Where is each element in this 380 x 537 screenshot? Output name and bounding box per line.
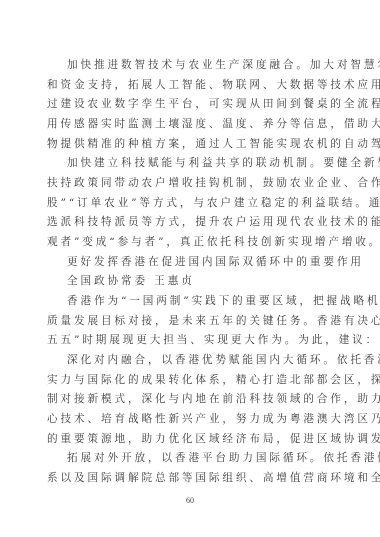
paragraph-line: 香港作为“一国两制”实践下的重要区域，把握战略机遇期，与国家高 bbox=[67, 294, 357, 308]
author-line: 全国政协常委 王惠贞 bbox=[67, 274, 357, 288]
paragraph-line: 股”“订单农业”等方式，与农户建立稳定的利益联结。通过开展技术培训、 bbox=[47, 196, 337, 210]
paragraph-line: 过建设农业数字孪生平台，可实现从田间到餐桌的全流程数字化管理；利 bbox=[47, 97, 337, 111]
paragraph-line: 质量发展目标对接，是未来五年的关键任务。香港有决心、有能力在“十 bbox=[47, 314, 337, 328]
paragraph-line: 制对接新模式，深化与内地在前沿科技领域的合作，助力国家突破关键核 bbox=[47, 392, 337, 406]
paragraph-line: 物提供精准的种植方案，通过人工智能实现农机的自动驾驶和智能灌溉。 bbox=[47, 137, 337, 151]
paragraph-line: 扶持政策同带动农户增收挂钩机制，鼓励农业企业、合作社通过“技术入 bbox=[47, 176, 337, 190]
paragraph-line: 拓展对外开放，以香港平台助力国际循环。依托香港健全的普通法体 bbox=[67, 451, 357, 465]
paragraph-line: 深化对内融合，以香港优势赋能国内大循环。依托香港的世界级科研 bbox=[67, 353, 357, 367]
paragraph-line: 选派科技特派员等方式，提升农户运用现代农业技术的能力，让农户从“旁 bbox=[47, 215, 337, 229]
paragraph-line: 加快推进数智技术与农业生产深度融合。加大对智慧农业发展的政策 bbox=[67, 58, 357, 72]
document-page: 加快推进数智技术与农业生产深度融合。加大对智慧农业发展的政策 和资金支持，拓展人… bbox=[0, 0, 380, 537]
paragraph-line: 实力与国际化的成果转化体系，精心打造北部都会区，探索规则衔接、机 bbox=[47, 373, 337, 387]
paragraph-line: 系以及国际调解院总部等国际组织、高增值营商环境和全球航运网络，构 bbox=[47, 471, 337, 485]
paragraph-line: 用传感器实时监测土壤湿度、温度、养分等信息，借助大数据分析为农作 bbox=[47, 117, 337, 131]
paragraph-line: 加快建立科技赋能与利益共享的联动机制。要健全新型农业经营主体 bbox=[67, 156, 357, 170]
paragraph-line: 心技术、培育战略性新兴产业，努力成为粤港澳大湾区乃至全国创新体系 bbox=[47, 412, 337, 426]
page-number: 60 bbox=[0, 496, 380, 505]
paragraph-line: 五五”时期展现更大担当、实现更大作为。为此，建议： bbox=[47, 333, 337, 347]
paragraph-line: 观者”变成“参与者”，真正依托科技创新实现增产增收。 bbox=[47, 235, 337, 249]
section-title: 更好发挥香港在促进国内国际双循环中的重要作用 bbox=[67, 255, 357, 269]
paragraph-line: 的重要策源地，助力优化区域经济布局，促进区域协调发展。 bbox=[47, 432, 337, 446]
paragraph-line: 和资金支持，拓展人工智能、物联网、大数据等技术应用场景。例如，通 bbox=[47, 78, 337, 92]
